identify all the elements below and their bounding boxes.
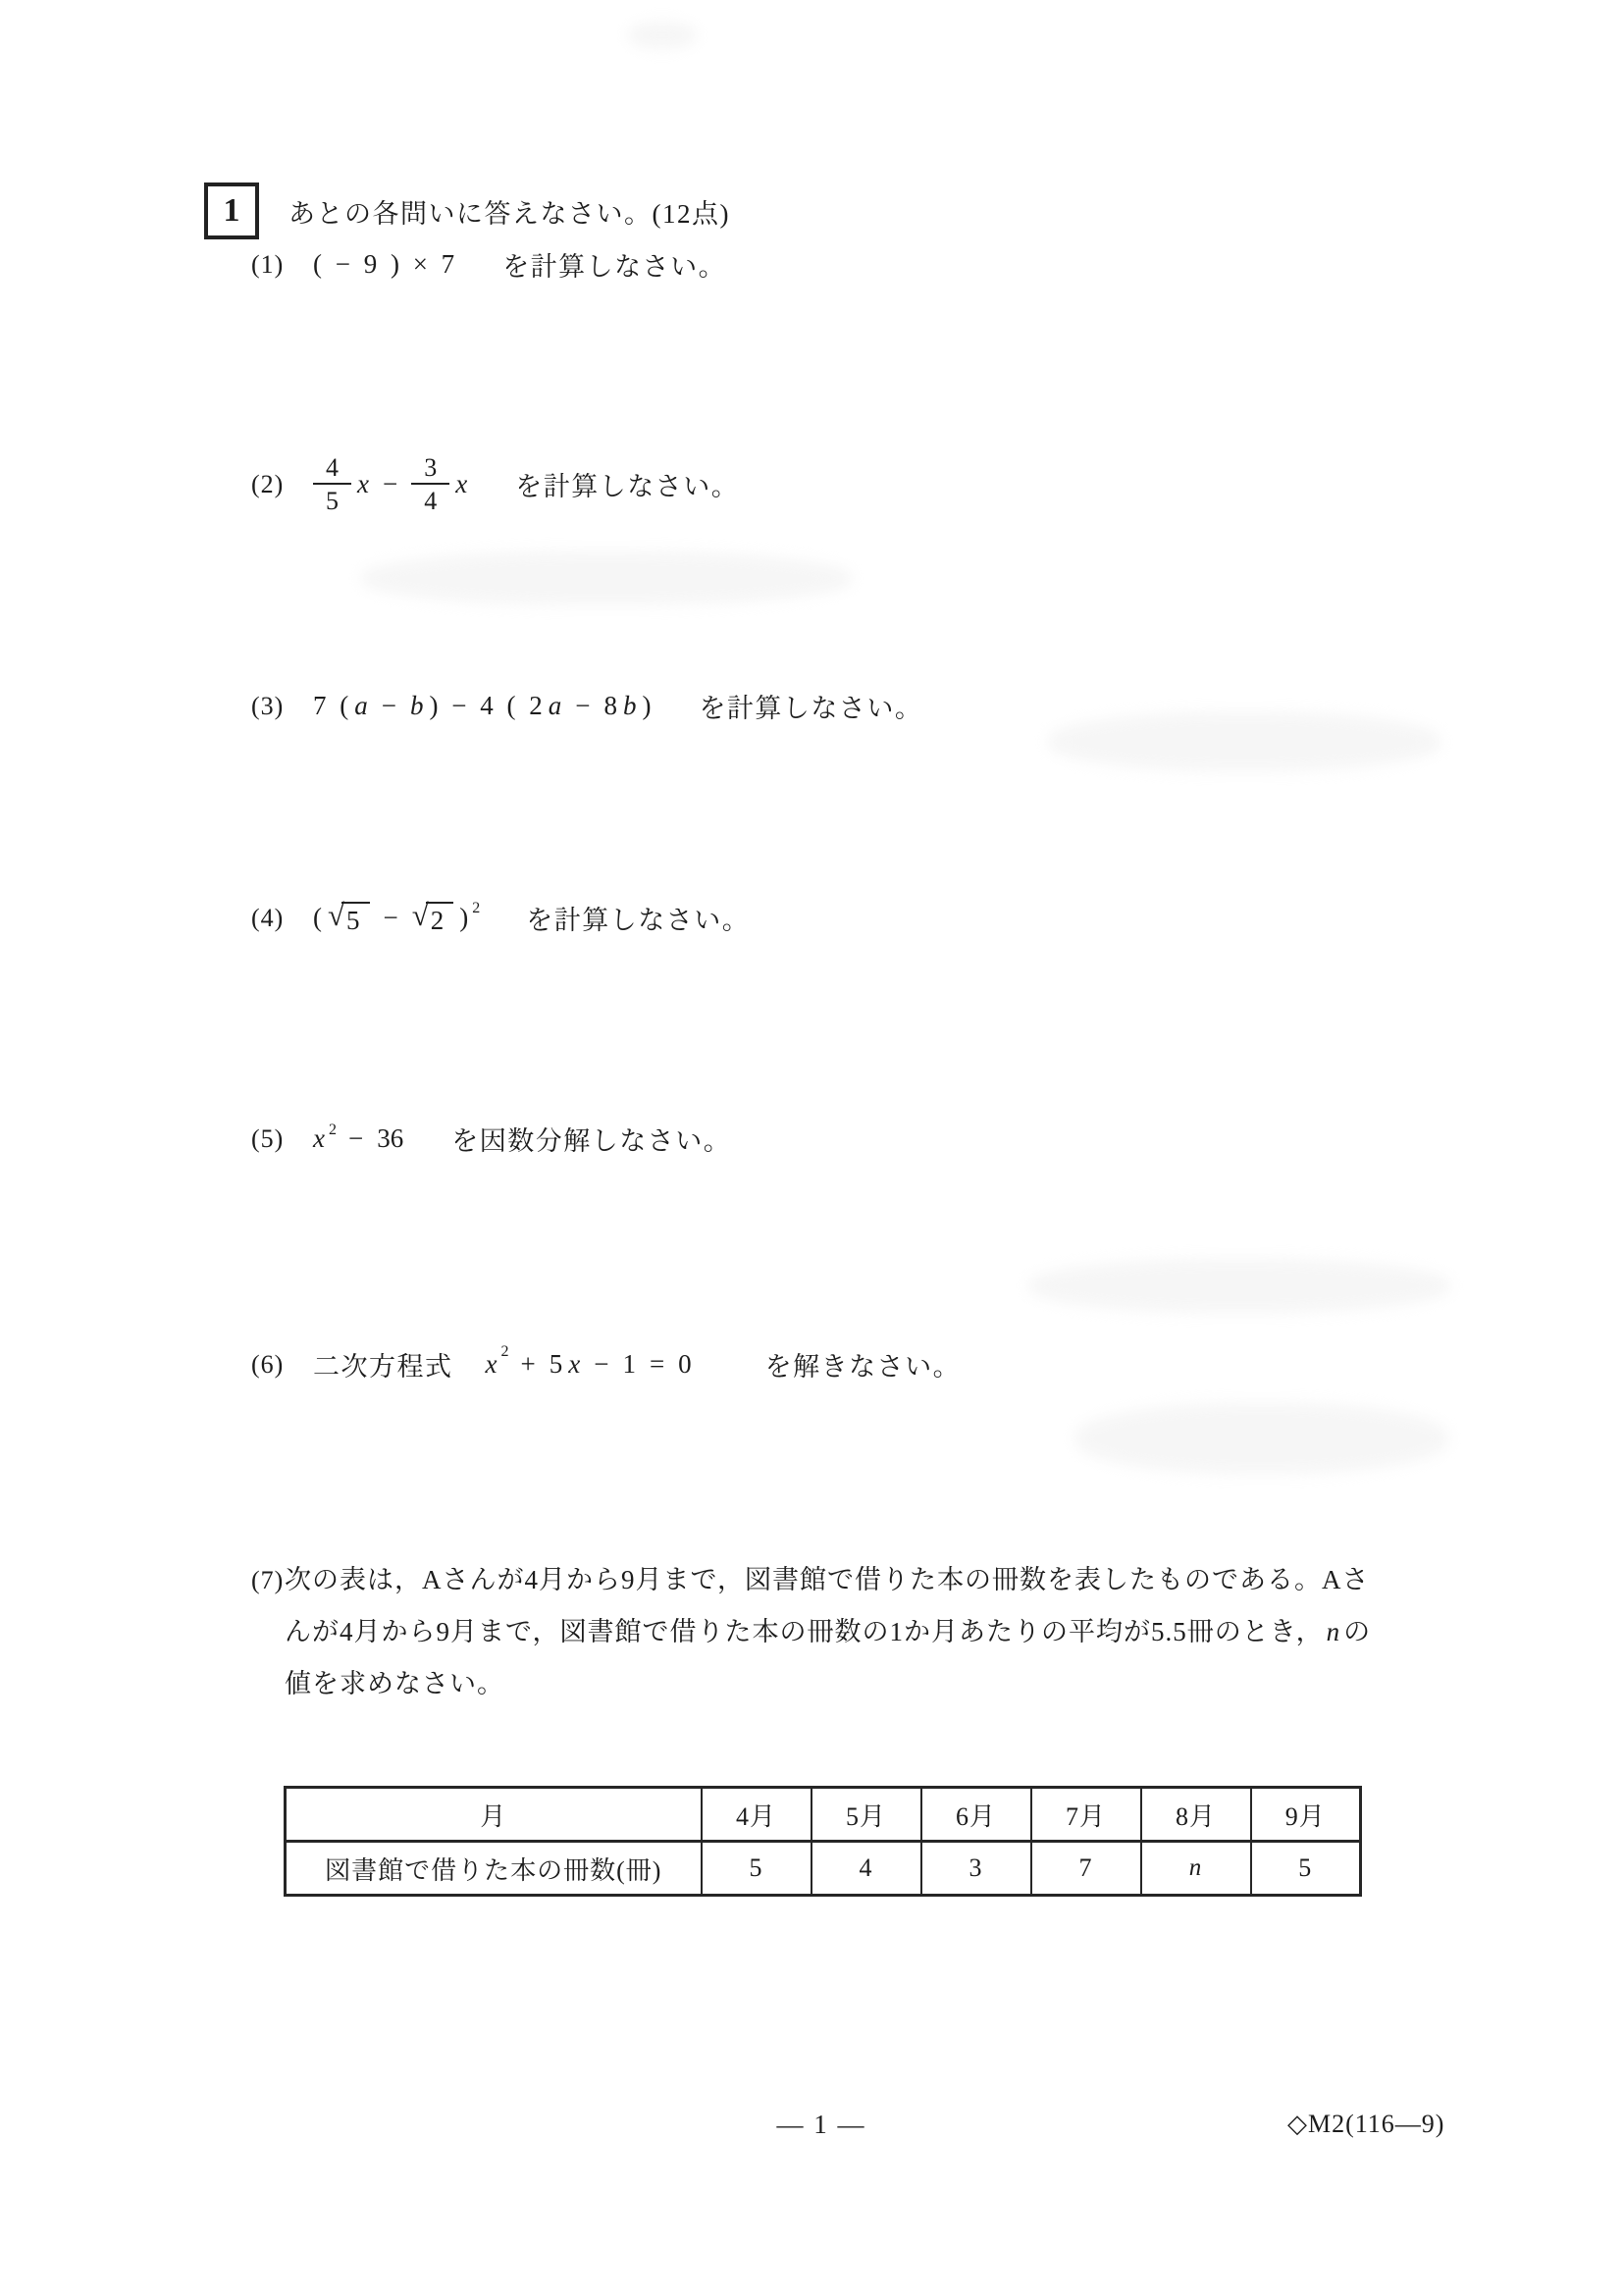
formula-text: の [1343, 1617, 1371, 1646]
problem-4: (4)(√5−√2)2を計算しなさい。 [251, 899, 750, 937]
fraction: 45 [313, 453, 351, 515]
table-data-row: 図書館で借りた本の冊数(冊)5437n5 [286, 1842, 1361, 1896]
problem-3-instruction: を計算しなさい。 [699, 687, 922, 725]
problem-1: (1)( − 9 ) × 7を計算しなさい。 [251, 245, 726, 284]
problem-1-label: (1) [251, 250, 294, 280]
borrowed-books-table: 月4月5月6月7月8月9月図書館で借りた本の冊数(冊)5437n5 [284, 1786, 1362, 1897]
radicand: 5 [341, 902, 370, 934]
problem-3-formula: 7 (a−b) − 4 ( 2a−8b) [310, 691, 654, 721]
fraction: 34 [411, 453, 449, 515]
problem-2-instruction: を計算しなさい。 [515, 465, 739, 503]
problem-7-line-2: んが4月から9月まで，図書館で借りた本の冊数の1か月あたりの平均が5.5冊のとき… [285, 1606, 1393, 1658]
number: ( − 9 ) × 7 [313, 249, 454, 280]
number: 36 [377, 1123, 403, 1154]
problem-5: (5)x2−36を因数分解しなさい。 [251, 1120, 731, 1158]
operator: − [382, 691, 396, 721]
operator: − [383, 469, 397, 499]
section-instruction: あとの各問いに答えなさい。(12点) [288, 192, 730, 231]
sqrt-expression: √2 [412, 902, 454, 934]
variable: n [1324, 1617, 1344, 1646]
problem-1-instruction: を計算しなさい。 [502, 245, 726, 284]
operator: − [575, 691, 590, 721]
table-value-cell: 5 [1251, 1842, 1361, 1896]
operator: − [348, 1123, 363, 1154]
problem-6-instruction: を解きなさい。 [765, 1345, 962, 1383]
problem-6-label: (6) [251, 1350, 294, 1380]
page-number: — 1 — [733, 2110, 910, 2140]
fraction-numerator: 3 [422, 453, 439, 483]
variable: a [549, 691, 562, 721]
table-value-cell: 7 [1031, 1842, 1141, 1896]
variable: b [623, 691, 637, 721]
fraction-denominator: 4 [411, 483, 449, 515]
table-value-cell: 4 [811, 1842, 921, 1896]
problem-1-formula: ( − 9 ) × 7 [310, 249, 457, 280]
problem-7-line-3: 値を求めなさい。 [285, 1658, 1393, 1710]
variable: x [568, 1349, 580, 1380]
document-code: ◇M2(116—9) [1287, 2110, 1444, 2139]
superscript: 2 [472, 900, 480, 917]
problem-5-instruction: を因数分解しなさい。 [451, 1120, 731, 1158]
problem-4-formula: (√5−√2)2 [310, 902, 481, 934]
problem-2-formula: 45x−34x [310, 453, 470, 515]
operator: − [594, 1349, 608, 1380]
variable: b [410, 691, 424, 721]
number: 5 [550, 1349, 563, 1380]
exam-page: 1 あとの各問いに答えなさい。(12点) (1)( − 9 ) × 7を計算しな… [0, 0, 1623, 2296]
table-header-cell: 6月 [921, 1788, 1031, 1842]
variable: x [486, 1349, 497, 1380]
scan-artifact [1028, 1259, 1450, 1313]
number: ( [313, 903, 322, 933]
problem-6-formula: 二次方程式x2+5x−1=0 [310, 1345, 695, 1383]
problem-4-instruction: を計算しなさい。 [526, 899, 750, 937]
formula-text: 値を求めなさい。 [285, 1669, 504, 1698]
problem-4-label: (4) [251, 904, 294, 933]
operator: = [650, 1349, 664, 1380]
scan-artifact [1048, 712, 1440, 771]
table-header-cell: 7月 [1031, 1788, 1141, 1842]
variable: x [313, 1123, 325, 1154]
operator: − [384, 903, 398, 933]
number: ) [459, 903, 468, 933]
formula-text: んが4月から9月まで，図書館で借りた本の冊数の1か月あたりの平均が5.5冊のとき… [285, 1617, 1324, 1646]
table-row-label: 図書館で借りた本の冊数(冊) [286, 1842, 702, 1896]
problem-3-label: (3) [251, 692, 294, 721]
problem-5-label: (5) [251, 1124, 294, 1154]
variable: x [455, 469, 467, 499]
radicand: 2 [426, 902, 454, 934]
problem-7-line-1: 次の表は，Aさんが4月から9月まで，図書館で借りた本の冊数を表したものである。A… [285, 1554, 1393, 1606]
table-value-cell: n [1141, 1842, 1251, 1896]
operator: + [520, 1349, 535, 1380]
table-body: 月4月5月6月7月8月9月図書館で借りた本の冊数(冊)5437n5 [286, 1788, 1361, 1896]
fraction-numerator: 4 [324, 453, 340, 483]
radical-sign: √ [328, 900, 344, 930]
scan-artifact [361, 551, 852, 605]
radical-sign: √ [412, 900, 429, 930]
problem-7: (7)次の表は，Aさんが4月から9月まで，図書館で借りた本の冊数を表したものであ… [285, 1554, 1393, 1710]
number: 1 [622, 1349, 636, 1380]
sqrt-expression: √5 [328, 902, 370, 934]
table-header-month-label: 月 [286, 1788, 702, 1842]
table-header-cell: 9月 [1251, 1788, 1361, 1842]
problem-2: (2)45x−34xを計算しなさい。 [251, 453, 739, 515]
number: ) [642, 691, 651, 721]
superscript: 2 [500, 1343, 508, 1361]
problem-3: (3)7 (a−b) − 4 ( 2a−8b)を計算しなさい。 [251, 687, 922, 725]
problem-5-formula: x2−36 [310, 1123, 406, 1154]
table-value-cell: 5 [702, 1842, 811, 1896]
variable: x [357, 469, 369, 499]
table-header-cell: 8月 [1141, 1788, 1251, 1842]
variable: a [354, 691, 368, 721]
formula-text: 次の表は，Aさんが4月から9月まで，図書館で借りた本の冊数を表したものである。A… [285, 1565, 1369, 1594]
section-header: 1 あとの各問いに答えなさい。(12点) [204, 183, 730, 239]
section-number-box: 1 [204, 183, 259, 239]
table-header-cell: 5月 [811, 1788, 921, 1842]
superscript: 2 [329, 1122, 337, 1139]
fraction-denominator: 5 [313, 483, 351, 515]
number: 0 [678, 1349, 692, 1380]
formula-text: 二次方程式 [313, 1345, 453, 1383]
section-number: 1 [224, 192, 240, 230]
table-header-cell: 4月 [702, 1788, 811, 1842]
table-header-row: 月4月5月6月7月8月9月 [286, 1788, 1361, 1842]
number: 7 ( [313, 691, 348, 721]
problem-2-label: (2) [251, 470, 294, 499]
scan-artifact [1075, 1403, 1448, 1474]
problem-6: (6)二次方程式x2+5x−1=0を解きなさい。 [251, 1345, 961, 1383]
problem-7-label: (7) [251, 1554, 284, 1606]
number: 8 [603, 691, 617, 721]
number: ) − 4 ( 2 [429, 691, 542, 721]
scan-artifact [628, 22, 697, 49]
table-value-cell: 3 [921, 1842, 1031, 1896]
